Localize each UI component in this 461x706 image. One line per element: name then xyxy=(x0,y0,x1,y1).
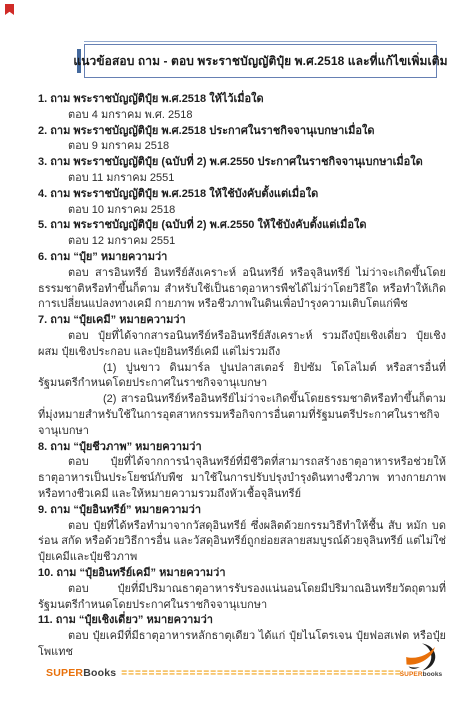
footer-brand-super: SUPER xyxy=(46,667,83,679)
qa-list: 1. ถาม พระราชบัญญัติปุ๋ย พ.ศ.2518 ให้ไว้… xyxy=(38,92,446,661)
question-line: 5. ถาม พระราชบัญญัติปุ๋ย (ฉบับที่ 2) พ.ศ… xyxy=(38,218,446,234)
footer-logo: SUPERbooks xyxy=(402,642,440,678)
answer-paragraph: ตอบ 11 มกราคม 2551 xyxy=(38,171,446,187)
title-top-rule xyxy=(84,41,437,42)
answer-paragraph: ตอบ 10 มกราคม 2518 xyxy=(38,203,446,219)
footer-logo-books: books xyxy=(423,671,443,678)
footer-logo-super: SUPER xyxy=(400,671,423,678)
answer-subitem: (1) ปูนขาว ดินมาร์ล ปูนปลาสเตอร์ ยิปซัม … xyxy=(38,361,446,393)
answer-paragraph: ตอบ ปุ๋ยที่มีปริมาณธาตุอาหารรับรองแน่นอน… xyxy=(38,582,446,614)
question-line: 7. ถาม “ปุ๋ยเคมี” หมายความว่า xyxy=(38,313,446,329)
question-line: 10. ถาม “ปุ๋ยอินทรีย์เคมี” หมายความว่า xyxy=(38,566,446,582)
title-box: แนวข้อสอบ ถาม - ตอบ พระราชบัญญัติปุ๋ย พ.… xyxy=(84,44,437,78)
question-line: 6. ถาม “ปุ๋ย” หมายความว่า xyxy=(38,250,446,266)
answer-paragraph: ตอบ สารอินทรีย์ อินทรีย์สังเคราะห์ อนินท… xyxy=(38,266,446,313)
answer-paragraph: ตอบ 12 มกราคม 2551 xyxy=(38,234,446,250)
superbooks-logo-icon xyxy=(404,642,438,672)
question-line: 2. ถาม พระราชบัญญัติปุ๋ย พ.ศ.2518 ประกาศ… xyxy=(38,124,446,140)
footer-separator: ========================================… xyxy=(121,668,403,679)
question-line: 11. ถาม “ปุ๋ยเชิงเดี่ยว” หมายความว่า xyxy=(38,613,446,629)
question-line: 3. ถาม พระราชบัญญัติปุ๋ย (ฉบับที่ 2) พ.ศ… xyxy=(38,155,446,171)
document-title: แนวข้อสอบ ถาม - ตอบ พระราชบัญญัติปุ๋ย พ.… xyxy=(73,52,447,71)
answer-paragraph: ตอบ ปุ๋ยที่ได้หรือทำมาจากวัสดุอินทรีย์ ซ… xyxy=(38,519,446,566)
answer-paragraph: ตอบ 9 มกราคม 2518 xyxy=(38,139,446,155)
question-line: 4. ถาม พระราชบัญญัติปุ๋ย พ.ศ.2518 ให้ใช้… xyxy=(38,187,446,203)
answer-paragraph: ตอบ ปุ๋ยที่ได้จากการนำจุลินทรีย์ที่มีชีว… xyxy=(38,455,446,502)
question-line: 8. ถาม “ปุ๋ยชีวภาพ” หมายความว่า xyxy=(38,440,446,456)
document-page: แนวข้อสอบ ถาม - ตอบ พระราชบัญญัติปุ๋ย พ.… xyxy=(0,0,461,706)
footer: SUPERBooks =============================… xyxy=(46,665,461,681)
answer-paragraph: ตอบ 4 มกราคม พ.ศ. 2518 xyxy=(38,108,446,124)
question-line: 1. ถาม พระราชบัญญัติปุ๋ย พ.ศ.2518 ให้ไว้… xyxy=(38,92,446,108)
footer-brand-books: Books xyxy=(83,667,116,679)
answer-paragraph: ตอบ ปุ๋ยเคมีที่มีธาตุอาหารหลักธาตุเดียว … xyxy=(38,629,446,661)
answer-subitem: (2) สารอนินทรีย์หรืออินทรีย์ไม่ว่าจะเกิด… xyxy=(38,392,446,439)
footer-brand: SUPERBooks xyxy=(46,667,116,679)
red-flag-icon xyxy=(5,4,14,15)
question-line: 9. ถาม “ปุ๋ยอินทรีย์” หมายความว่า xyxy=(38,503,446,519)
footer-logo-text: SUPERbooks xyxy=(400,671,443,678)
answer-paragraph: ตอบ ปุ๋ยที่ได้จากสารอนินทรีย์หรืออินทรีย… xyxy=(38,329,446,361)
